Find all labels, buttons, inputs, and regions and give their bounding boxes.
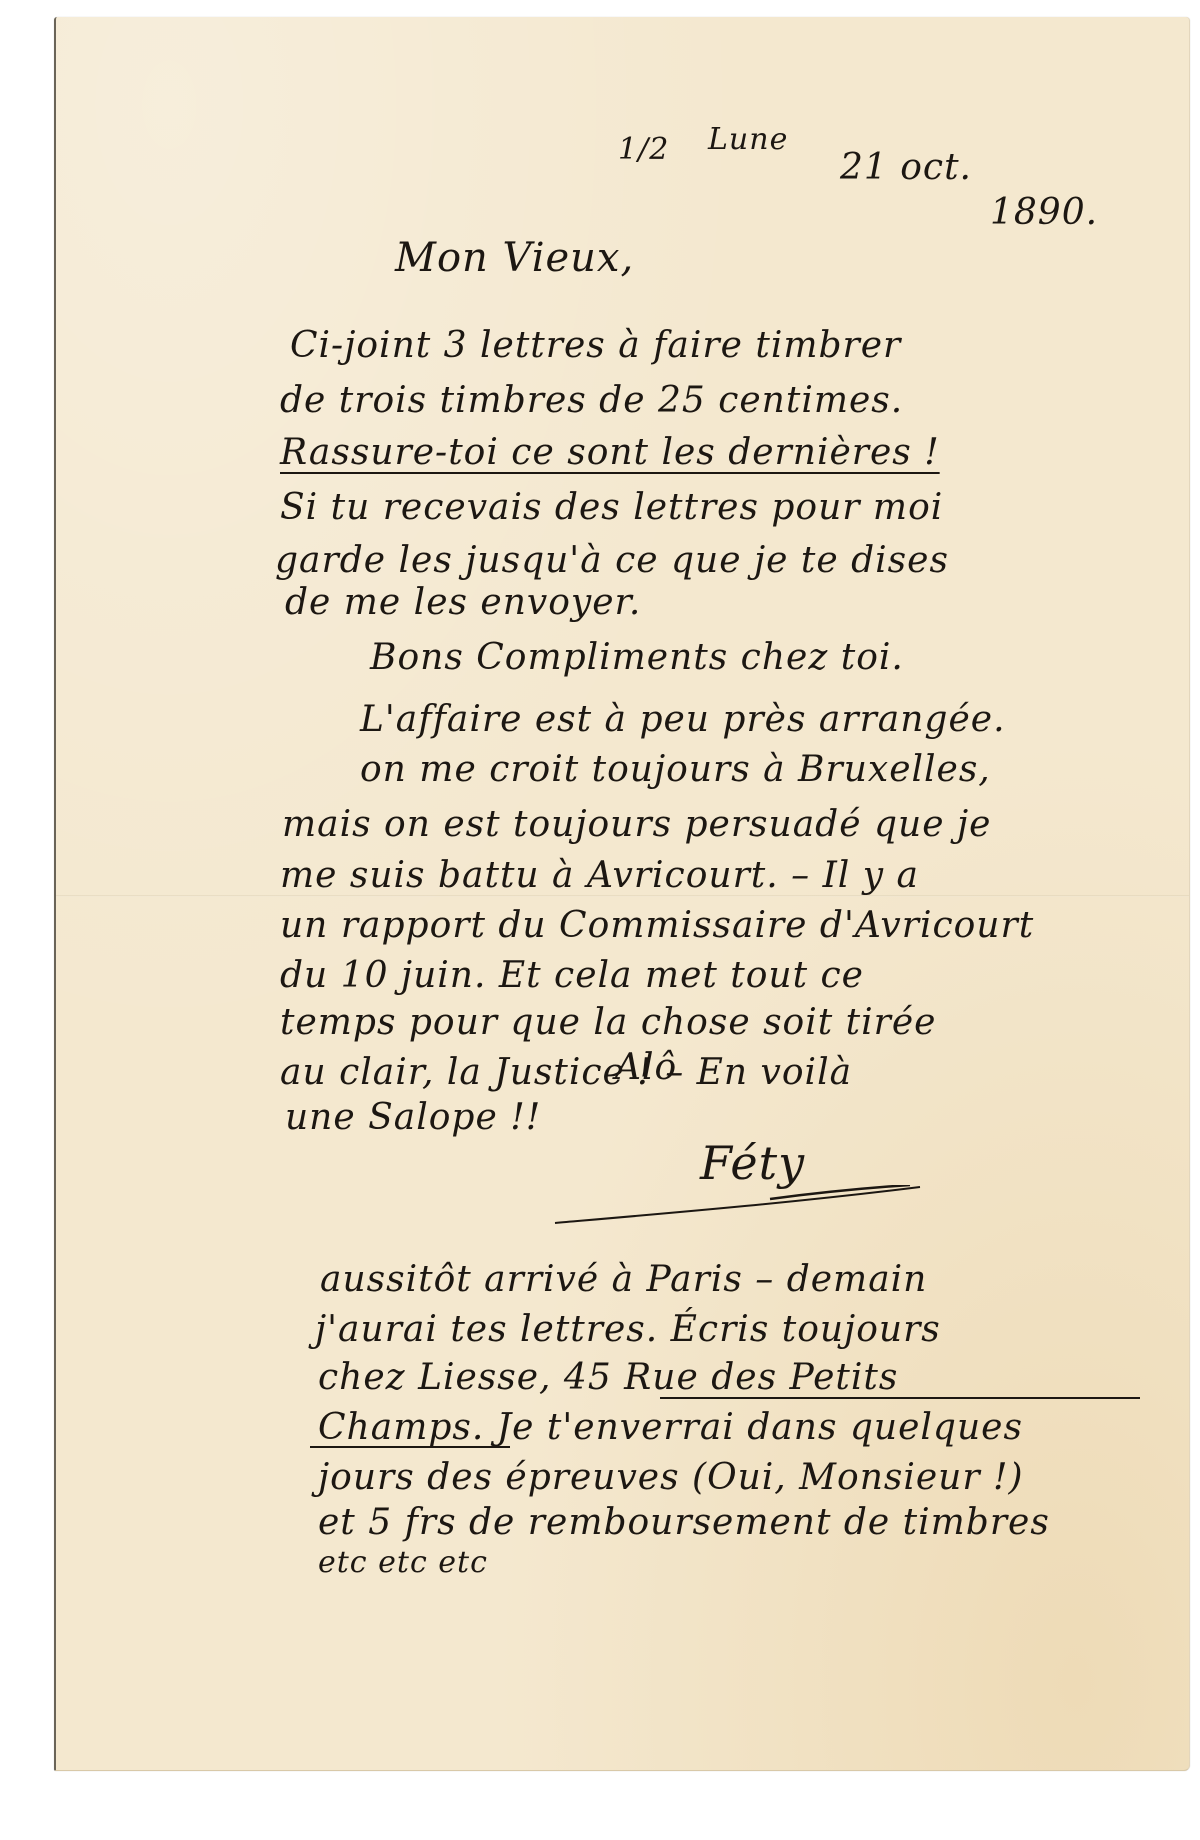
body-line-16: une Salope !! — [285, 1100, 541, 1136]
closing: Alô — [615, 1050, 677, 1086]
body-line-13: du 10 juin. Et cela met tout ce — [280, 958, 864, 994]
body-line-8: L'affaire est à peu près arrangée. — [360, 702, 1006, 738]
header-year: 1890. — [990, 195, 1098, 231]
body-line-10: mais on est toujours persuadé que je — [282, 807, 991, 843]
body-line-7: Bons Compliments chez toi. — [370, 640, 904, 676]
body-line-5: garde les jusqu'à ce que je te dises — [275, 543, 949, 579]
body-line-9: on me croit toujours à Bruxelles, — [360, 752, 991, 788]
header-fraction: 1/2 — [618, 135, 669, 165]
body-line-2: de trois timbres de 25 centimes. — [280, 383, 903, 419]
body-line-4: Si tu recevais des lettres pour moi — [280, 490, 943, 526]
body-line-3: Rassure-toi ce sont les dernières ! — [280, 435, 940, 471]
header-date: 21 oct. — [840, 150, 972, 186]
body-line-15: au clair, la Justice ! – En voilà — [280, 1055, 852, 1091]
underline-champs — [310, 1446, 510, 1448]
postscript-line-6: et 5 frs de remboursement de timbres — [318, 1505, 1050, 1541]
signature-flourish-icon — [550, 1185, 930, 1225]
signature: Féty — [700, 1140, 805, 1186]
body-line-1: Ci-joint 3 lettres à faire timbrer — [290, 328, 901, 364]
postscript-line-4: Champs. Je t'enverrai dans quelques — [318, 1410, 1023, 1446]
postscript-line-5: jours des épreuves (Oui, Monsieur !) — [318, 1460, 1024, 1496]
body-line-12: un rapport du Commissaire d'Avricourt — [280, 908, 1034, 944]
postscript-line-1: aussitôt arrivé à Paris – demain — [320, 1262, 927, 1298]
body-line-11: me suis battu à Avricourt. – Il y a — [280, 858, 919, 894]
body-line-6: de me les envoyer. — [285, 585, 641, 621]
header-day: Lune — [708, 125, 788, 155]
postscript-line-3: chez Liesse, 45 Rue des Petits — [318, 1360, 898, 1396]
salutation: Mon Vieux, — [395, 238, 634, 278]
postscript-line-2: j'aurai tes lettres. Écris toujours — [315, 1312, 941, 1348]
postscript-line-7: etc etc etc — [318, 1548, 488, 1578]
body-line-14: temps pour que la chose soit tirée — [280, 1005, 936, 1041]
underline-address — [660, 1397, 1140, 1399]
